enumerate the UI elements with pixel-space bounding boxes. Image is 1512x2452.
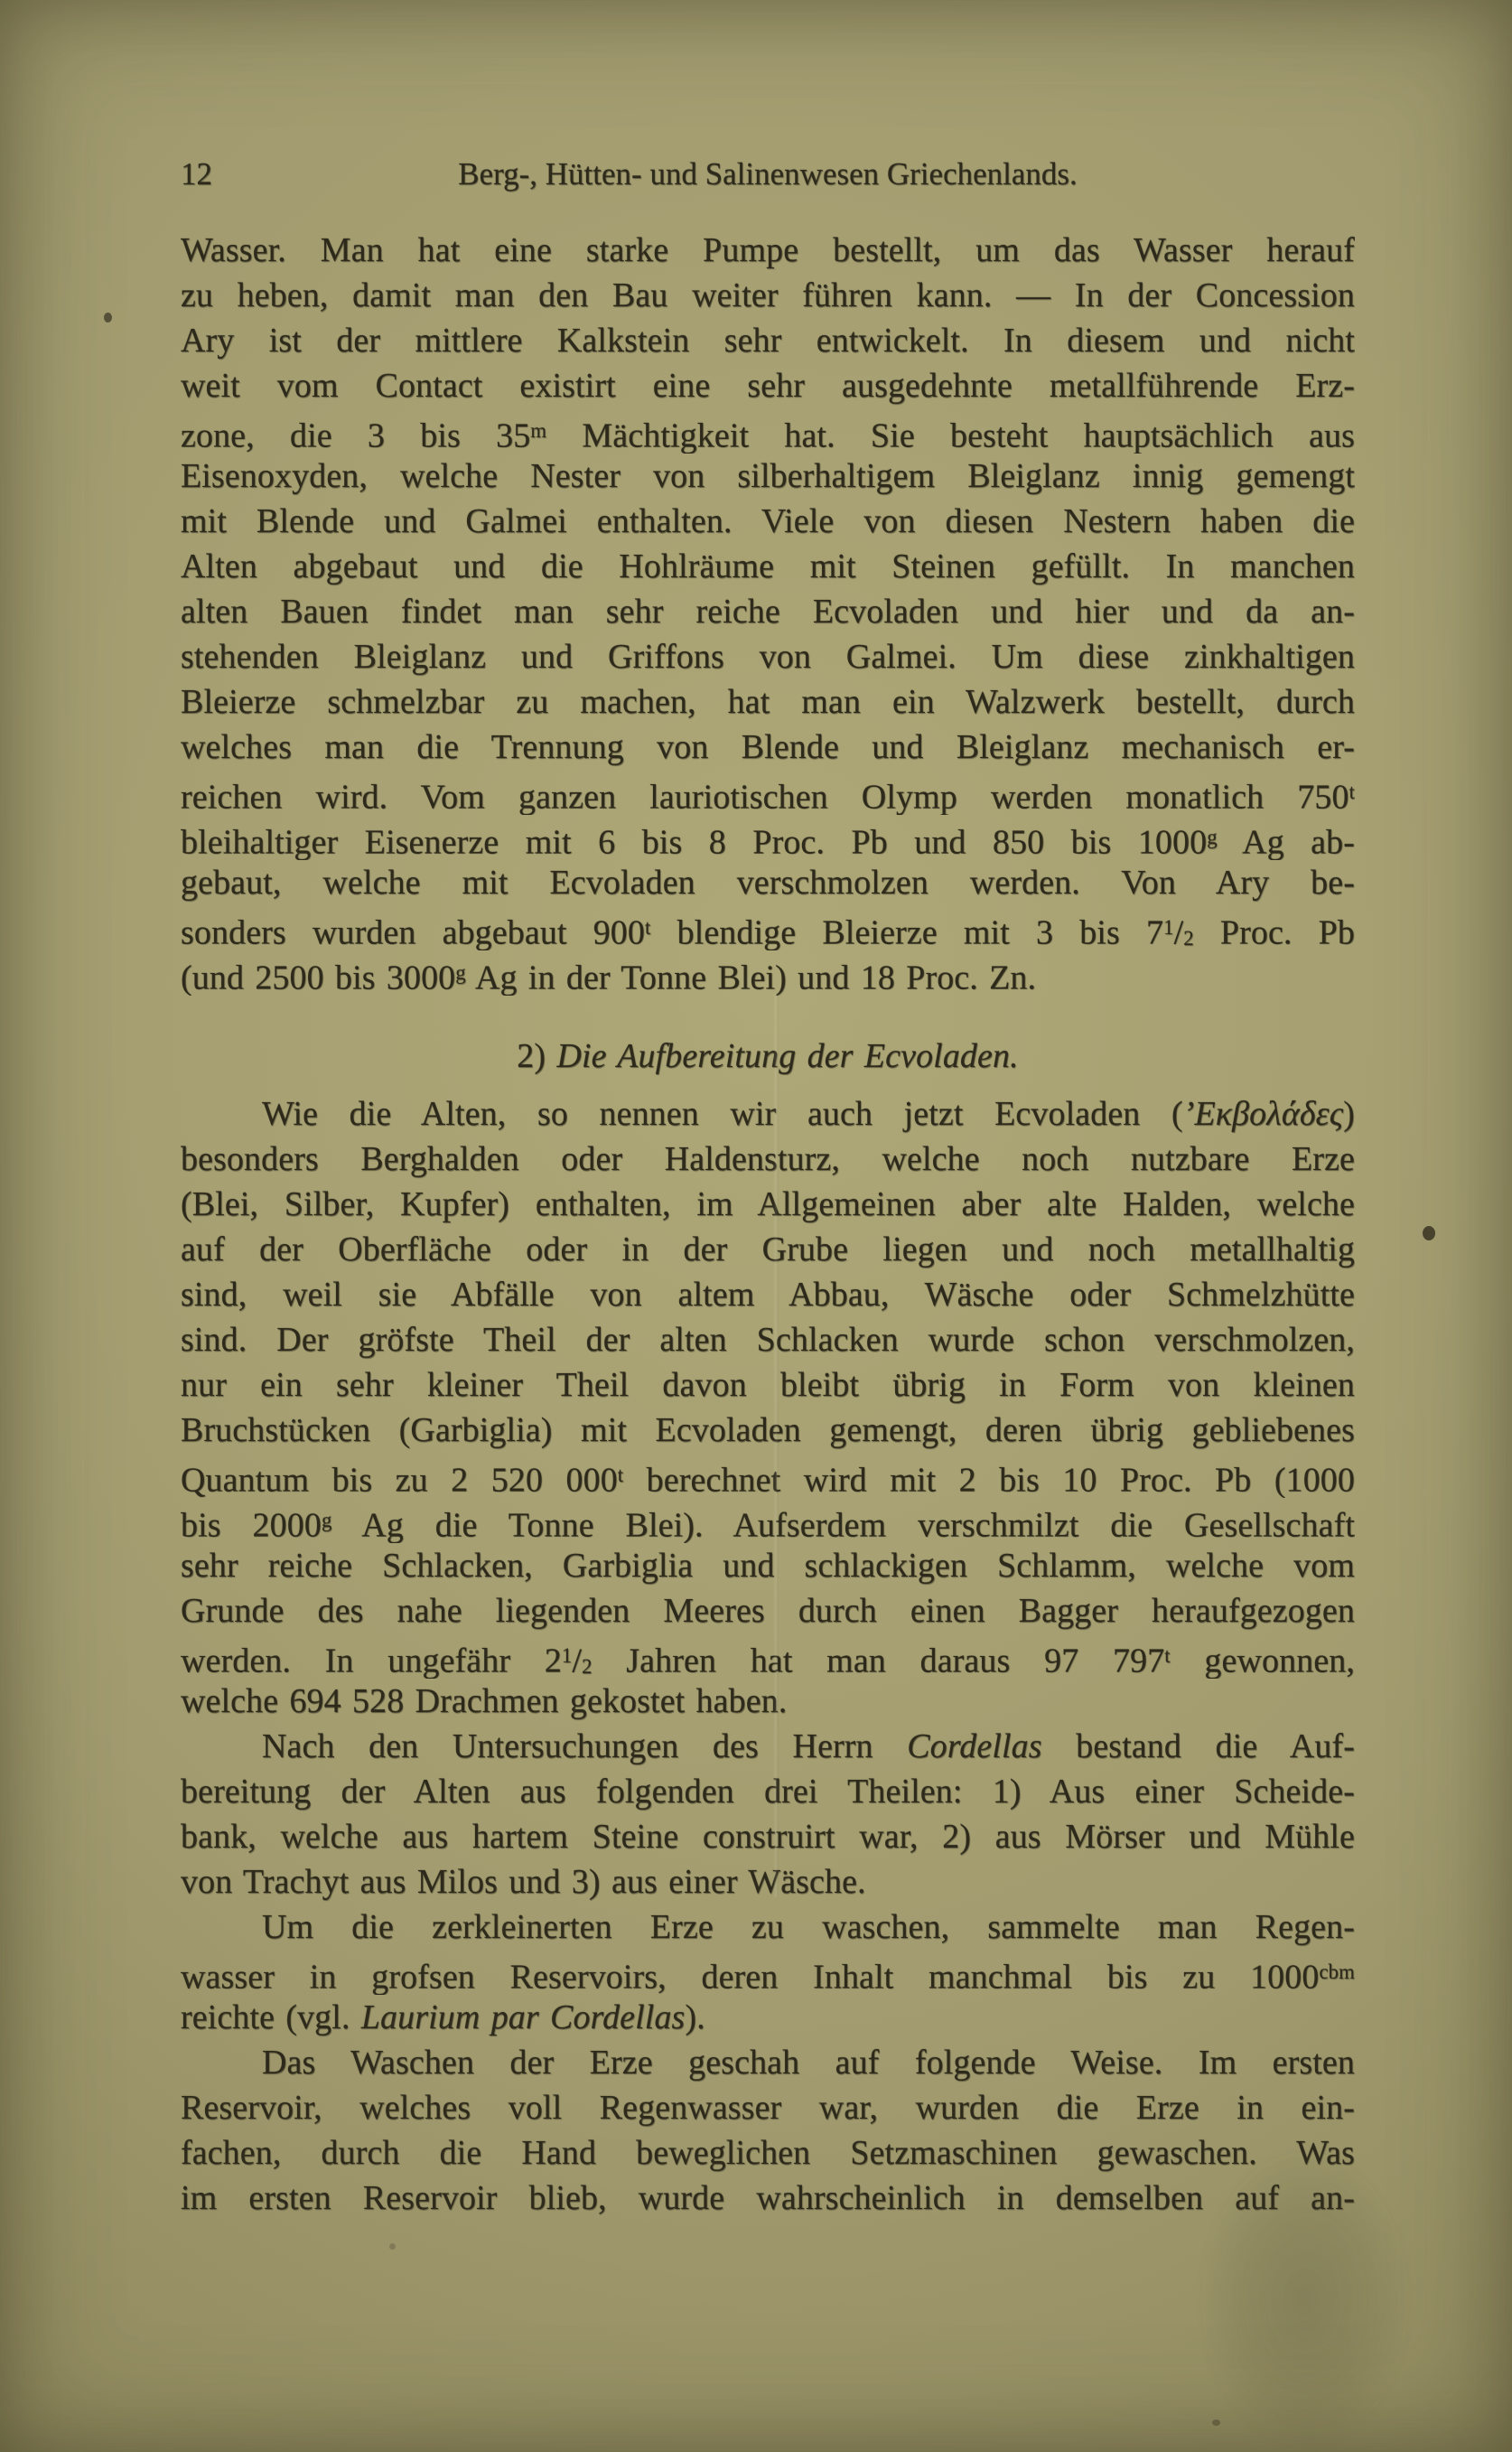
text-line: welches man die Trennung von Blende und …: [181, 725, 1355, 770]
text-segment: Bleierze schmelzbar zu machen, hat man e…: [181, 683, 1355, 721]
text-line: bleihaltiger Eisenerze mit 6 bis 8 Proc.…: [181, 815, 1355, 860]
text-line: alten Bauen findet man sehr reiche Ecvol…: [181, 589, 1355, 634]
paragraph: Wie die Alten, so nennen wir auch jetzt …: [181, 1091, 1355, 1724]
text-line: im ersten Reservoir blieb, wurde wahrsch…: [181, 2176, 1355, 2221]
text-segment: (Blei, Silber, Kupfer) enthalten, im All…: [181, 1185, 1355, 1223]
text-line: wasser in grofsen Reservoirs, deren Inha…: [181, 1950, 1355, 1995]
italic-text: Laurium par Cordellas: [361, 1998, 686, 2036]
text-segment: besonders Berghalden oder Haldensturz, w…: [181, 1140, 1355, 1178]
text-segment: bestand die Auf-: [1042, 1727, 1355, 1765]
italic-text: Cordellas: [907, 1727, 1041, 1765]
text-line: sind. Der gröfste Theil der alten Schlac…: [181, 1317, 1355, 1362]
paragraph: Um die zerkleinerten Erze zu waschen, sa…: [181, 1905, 1355, 2040]
text-segment: 2): [517, 1037, 556, 1075]
text-block: Wasser. Man hat eine starke Pumpe bestel…: [181, 228, 1355, 2221]
section-heading: 2) Die Aufbereitung der Ecvoladen.: [181, 1034, 1355, 1079]
ink-speck: [104, 313, 112, 323]
text-line: bis 2000g Ag die Tonne Blei). Aufserdem …: [181, 1498, 1355, 1543]
ink-speck: [389, 2243, 396, 2250]
text-line: Ary ist der mittlere Kalkstein sehr entw…: [181, 318, 1355, 363]
text-line: nur ein sehr kleiner Theil davon bleibt …: [181, 1362, 1355, 1408]
text-segment: reichen wird. Vom ganzen lauriotischen O…: [181, 778, 1349, 815]
text-segment: Reservoir, welches voll Regenwasser war,…: [181, 2089, 1355, 2127]
text-segment: Das Waschen der Erze geschah auf folgend…: [262, 2044, 1355, 2082]
text-line: Eisenoxyden, welche Nester von silberhal…: [181, 454, 1355, 499]
text-segment: g: [455, 961, 466, 984]
running-title: Berg-, Hütten- und Salinenwesen Griechen…: [181, 154, 1355, 195]
text-segment: werden. In ungefähr 2: [181, 1642, 562, 1679]
italic-text: ’Εκβολάδες: [1183, 1095, 1344, 1133]
text-segment: bereitung der Alten aus folgenden drei T…: [181, 1773, 1355, 1811]
text-segment: zone, die 3 bis 35: [181, 416, 530, 454]
text-segment: g: [322, 1509, 332, 1531]
paragraph: Nach den Untersuchungen des Herrn Cordel…: [181, 1724, 1355, 1905]
text-line: stehenden Bleiglanz und Griffons von Gal…: [181, 634, 1355, 679]
text-segment: Eisenoxyden, welche Nester von silberhal…: [181, 457, 1355, 495]
text-segment: /: [572, 1642, 582, 1679]
text-line: Das Waschen der Erze geschah auf folgend…: [181, 2040, 1355, 2085]
text-segment: nur ein sehr kleiner Theil davon bleibt …: [181, 1366, 1355, 1404]
text-segment: Grunde des nahe liegenden Meeres durch e…: [181, 1592, 1355, 1630]
text-segment: Wie die Alten, so nennen wir auch jetzt …: [262, 1095, 1183, 1133]
text-line: bank, welche aus hartem Steine construir…: [181, 1814, 1355, 1859]
text-segment: t: [1349, 781, 1355, 803]
text-segment: blendige Bleierze mit 3 bis 7: [650, 913, 1163, 950]
text-line: werden. In ungefähr 21/2 Jahren hat man …: [181, 1633, 1355, 1679]
text-line: reichte (vgl. Laurium par Cordellas).: [181, 1995, 1355, 2040]
text-segment: wasser in grofsen Reservoirs, deren Inha…: [181, 1958, 1319, 1995]
text-segment: bank, welche aus hartem Steine construir…: [181, 1818, 1355, 1856]
text-segment: mit Blende und Galmei enthalten. Viele v…: [181, 502, 1355, 540]
paragraph: Wasser. Man hat eine starke Pumpe bestel…: [181, 228, 1355, 996]
text-segment: welche 694 528 Drachmen gekostet haben.: [181, 1682, 787, 1720]
text-segment: sonders wurden abgebaut 900: [181, 913, 645, 950]
text-line: sonders wurden abgebaut 900t blendige Bl…: [181, 905, 1355, 950]
text-segment: bleihaltiger Eisenerze mit 6 bis 8 Proc.…: [181, 823, 1207, 860]
text-segment: (und 2500 bis 3000: [181, 959, 455, 996]
book-page-scan: 12 Berg-, Hütten- und Salinenwesen Griec…: [0, 0, 1512, 2452]
text-segment: 2: [582, 1655, 593, 1678]
text-segment: Proc. Pb: [1194, 913, 1355, 950]
text-line: auf der Oberfläche oder in der Grube lie…: [181, 1227, 1355, 1272]
ink-speck: [1423, 1226, 1435, 1240]
text-segment: Ag ab-: [1218, 823, 1355, 860]
text-segment: 2: [1183, 927, 1194, 950]
text-line: Bruchstücken (Garbiglia) mit Ecvoladen g…: [181, 1408, 1355, 1453]
text-segment: Quantum bis zu 2 520 000: [181, 1461, 618, 1498]
text-line: Quantum bis zu 2 520 000t berechnet wird…: [181, 1453, 1355, 1498]
text-segment: gebaut, welche mit Ecvoladen verschmolze…: [181, 864, 1355, 902]
text-line: mit Blende und Galmei enthalten. Viele v…: [181, 499, 1355, 544]
ink-speck: [1212, 2419, 1220, 2426]
text-line: Reservoir, welches voll Regenwasser war,…: [181, 2085, 1355, 2130]
text-segment: 1: [562, 1644, 573, 1667]
text-segment: ): [1343, 1095, 1355, 1133]
text-segment: bis 2000: [181, 1506, 322, 1543]
text-segment: sind. Der gröfste Theil der alten Schlac…: [181, 1321, 1355, 1359]
text-segment: weit vom Contact existirt eine sehr ausg…: [181, 367, 1355, 405]
text-segment: berechnet wird mit 2 bis 10 Proc. Pb (10…: [623, 1461, 1355, 1498]
text-line: welche 694 528 Drachmen gekostet haben.: [181, 1679, 1355, 1724]
text-line: reichen wird. Vom ganzen lauriotischen O…: [181, 770, 1355, 815]
text-segment: im ersten Reservoir blieb, wurde wahrsch…: [181, 2179, 1355, 2217]
text-line: Nach den Untersuchungen des Herrn Cordel…: [181, 1724, 1355, 1769]
text-segment: Mächtigkeit hat. Sie besteht hauptsächli…: [546, 416, 1355, 454]
text-segment: welches man die Trennung von Blende und …: [181, 728, 1355, 766]
text-line: von Trachyt aus Milos und 3) aus einer W…: [181, 1859, 1355, 1905]
text-line: zu heben, damit man den Bau weiter führe…: [181, 273, 1355, 318]
text-line: 2) Die Aufbereitung der Ecvoladen.: [181, 1034, 1355, 1079]
text-line: (und 2500 bis 3000g Ag in der Tonne Blei…: [181, 950, 1355, 996]
text-segment: fachen, durch die Hand beweglichen Setzm…: [181, 2134, 1355, 2172]
text-line: Bleierze schmelzbar zu machen, hat man e…: [181, 679, 1355, 725]
text-line: Wie die Alten, so nennen wir auch jetzt …: [181, 1091, 1355, 1137]
paragraph: Das Waschen der Erze geschah auf folgend…: [181, 2040, 1355, 2221]
text-segment: zu heben, damit man den Bau weiter führe…: [181, 276, 1355, 314]
text-segment: sind, weil sie Abfälle von altem Abbau, …: [181, 1276, 1355, 1314]
text-segment: auf der Oberfläche oder in der Grube lie…: [181, 1231, 1355, 1268]
italic-text: Die Aufbereitung der Ecvoladen.: [556, 1037, 1018, 1075]
text-segment: alten Bauen findet man sehr reiche Ecvol…: [181, 593, 1355, 631]
text-line: sind, weil sie Abfälle von altem Abbau, …: [181, 1272, 1355, 1317]
text-segment: /: [1174, 913, 1184, 950]
text-segment: gewonnen,: [1171, 1642, 1355, 1679]
text-line: weit vom Contact existirt eine sehr ausg…: [181, 363, 1355, 408]
text-line: Wasser. Man hat eine starke Pumpe bestel…: [181, 228, 1355, 273]
text-segment: Bruchstücken (Garbiglia) mit Ecvoladen g…: [181, 1411, 1355, 1449]
text-segment: Alten abgebaut und die Hohlräume mit Ste…: [181, 547, 1355, 585]
text-segment: Um die zerkleinerten Erze zu waschen, sa…: [262, 1908, 1355, 1946]
text-segment: reichte (vgl.: [181, 1998, 361, 2036]
text-line: fachen, durch die Hand beweglichen Setzm…: [181, 2130, 1355, 2176]
text-segment: 1: [1163, 916, 1174, 939]
text-line: bereitung der Alten aus folgenden drei T…: [181, 1769, 1355, 1814]
text-segment: Wasser. Man hat eine starke Pumpe bestel…: [181, 231, 1355, 269]
text-line: zone, die 3 bis 35m Mächtigkeit hat. Sie…: [181, 408, 1355, 454]
text-segment: von Trachyt aus Milos und 3) aus einer W…: [181, 1863, 866, 1901]
text-segment: ).: [685, 1998, 705, 2036]
text-segment: Nach den Untersuchungen des Herrn: [262, 1727, 907, 1765]
text-line: gebaut, welche mit Ecvoladen verschmolze…: [181, 860, 1355, 905]
text-line: sehr reiche Schlacken, Garbiglia und sch…: [181, 1543, 1355, 1588]
text-segment: Jahren hat man daraus 97 797: [593, 1642, 1165, 1679]
text-line: Um die zerkleinerten Erze zu waschen, sa…: [181, 1905, 1355, 1950]
page-number: 12: [181, 154, 212, 195]
text-segment: sehr reiche Schlacken, Garbiglia und sch…: [181, 1547, 1355, 1585]
text-line: besonders Berghalden oder Haldensturz, w…: [181, 1137, 1355, 1182]
text-segment: Ag in der Tonne Blei) und 18 Proc. Zn.: [466, 959, 1036, 996]
text-segment: stehenden Bleiglanz und Griffons von Gal…: [181, 638, 1355, 676]
text-segment: Ag die Tonne Blei). Aufserdem verschmilz…: [331, 1506, 1355, 1543]
text-segment: cbm: [1319, 1961, 1355, 1983]
text-segment: m: [530, 419, 546, 442]
text-line: Alten abgebaut und die Hohlräume mit Ste…: [181, 544, 1355, 589]
text-line: (Blei, Silber, Kupfer) enthalten, im All…: [181, 1182, 1355, 1227]
running-header: 12 Berg-, Hütten- und Salinenwesen Griec…: [181, 154, 1355, 195]
text-segment: g: [1207, 826, 1218, 848]
text-line: Grunde des nahe liegenden Meeres durch e…: [181, 1588, 1355, 1633]
text-segment: Ary ist der mittlere Kalkstein sehr entw…: [181, 322, 1355, 360]
